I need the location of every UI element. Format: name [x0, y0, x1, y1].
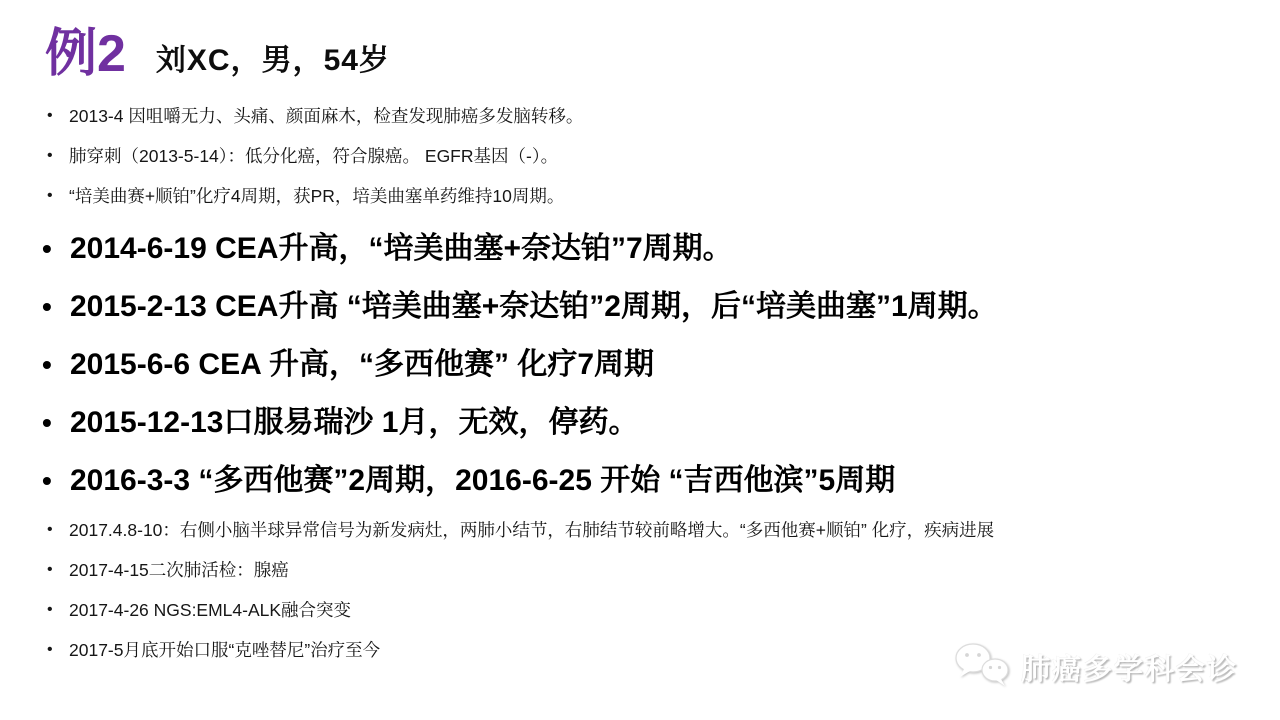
- watermark-label: 肺癌多学科会诊: [1021, 647, 1238, 688]
- list-item: “培美曲赛+顺铂”化疗4周期，获PR，培美曲塞单药维持10周期。: [45, 176, 583, 216]
- list-item: 2017-4-26 NGS:EML4-ALK融合突变: [45, 590, 994, 630]
- list-item: 2015-6-6 CEA 升高，“多西他赛” 化疗7周期: [42, 336, 998, 394]
- case-number-label: 例2: [45, 24, 126, 84]
- treatment-timeline-list: 2014-6-19 CEA升高，“培美曲塞+奈达铂”7周期。 2015-2-13…: [42, 220, 998, 510]
- patient-info: 刘XC，男，54岁: [156, 29, 390, 79]
- list-item: 肺穿刺（2013-5-14）：低分化癌，符合腺癌。 EGFR基因（-）。: [45, 136, 583, 176]
- list-item: 2017.4.8-10：右侧小脑半球异常信号为新发病灶，两肺小结节，右肺结节较前…: [45, 510, 994, 550]
- slide-header: 例2 刘XC，男，54岁: [45, 24, 390, 84]
- list-item: 2017-5月底开始口服“克唑替尼”治疗至今: [45, 630, 994, 670]
- list-item: 2017-4-15二次肺活检：腺癌: [45, 550, 994, 590]
- list-item: 2014-6-19 CEA升高，“培美曲塞+奈达铂”7周期。: [42, 220, 998, 278]
- list-item: 2015-12-13口服易瑞沙 1月，无效，停药。: [42, 394, 998, 452]
- wechat-icon: [953, 641, 1011, 694]
- list-item: 2015-2-13 CEA升高 “培美曲塞+奈达铂”2周期，后“培美曲塞”1周期…: [42, 278, 998, 336]
- watermark: 肺癌多学科会诊: [953, 641, 1238, 694]
- recent-history-list: 2017.4.8-10：右侧小脑半球异常信号为新发病灶，两肺小结节，右肺结节较前…: [45, 510, 994, 670]
- list-item: 2013-4 因咀嚼无力、头痛、颜面麻木，检查发现肺癌多发脑转移。: [45, 96, 583, 136]
- slide: 例2 刘XC，男，54岁 2013-4 因咀嚼无力、头痛、颜面麻木，检查发现肺癌…: [0, 0, 1280, 720]
- early-history-list: 2013-4 因咀嚼无力、头痛、颜面麻木，检查发现肺癌多发脑转移。 肺穿刺（20…: [45, 96, 583, 216]
- list-item: 2016-3-3 “多西他赛”2周期，2016-6-25 开始 “吉西他滨”5周…: [42, 452, 998, 510]
